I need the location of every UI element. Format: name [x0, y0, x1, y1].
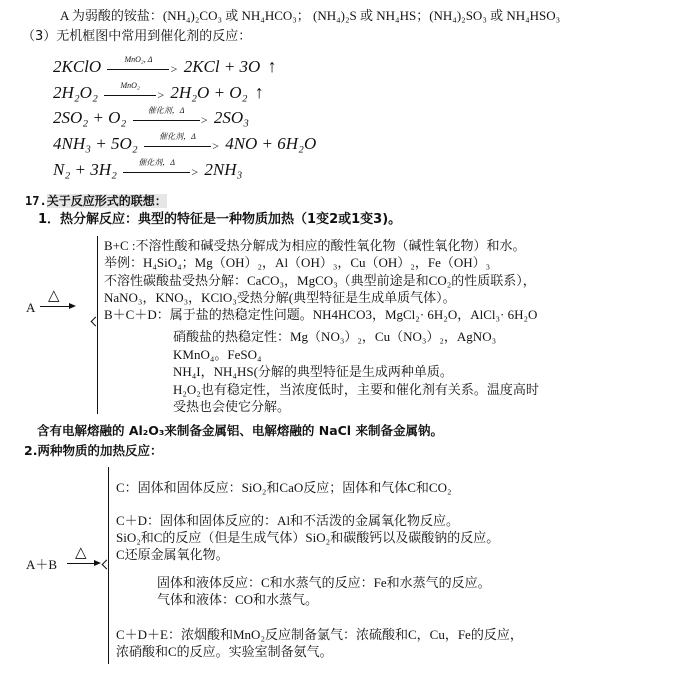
decomp-source-label: A — [26, 300, 35, 316]
two-substance-cd-3: C还原金属氧化物。 — [116, 547, 229, 563]
decomp-line-3: 不溶性碳酸盐受热分解：CaCO₃，MgCO₃（典型前途是和CO₂的性质联系）， — [104, 273, 536, 289]
decomp-indent-1: 硝酸盐的热稳定性：Mg（NO₃）₂，Cu（NO₃）₂，AgNO₃ — [173, 329, 496, 345]
equation-kclo3: 2KClO MnO₂, Δ > 2KCl + 3O ↑ — [53, 56, 277, 77]
reaction-condition: MnO₂, Δ — [107, 55, 169, 64]
two-substance-indent-2: 气体和液体：CO和水蒸气。 — [157, 592, 318, 608]
two-substance-source-label: A＋B — [26, 557, 57, 573]
equation-right: 4NO + 6H₂O — [225, 134, 316, 153]
equation-nh3-oxidation: 4NH₃ + 5O₂ 催化剂，Δ > 4NO + 6H₂O — [53, 134, 316, 154]
two-substance-indent-1: 固体和液体反应：C和水蒸气的反应：Fe和水蒸气的反应。 — [157, 575, 491, 591]
gas-arrow-icon: ↑ — [255, 82, 264, 102]
decomp-indent-3: NH₄I，NH₄HS(分解的典型特征是生成两种单质。 — [173, 364, 453, 380]
reaction-condition: MnO₂ — [104, 81, 156, 90]
section-number: 17. — [25, 194, 47, 208]
two-substance-cde-2: 浓硝酸和C的反应。实验室制备氨气。 — [116, 644, 333, 660]
equation-right: 2SO₃ — [214, 108, 249, 127]
equation-right: 2KCl + 3O — [184, 57, 261, 76]
heat-arrow: △ — [67, 546, 101, 560]
equation-so2: 2SO₂ + O₂ 催化剂，Δ > 2SO₃ — [53, 108, 249, 128]
two-substance-cde-1: C＋D＋E：浓烟酸和MnO₂反应制备氯气：浓硫酸和C，Cu，Fe的反应， — [116, 627, 523, 643]
reaction-arrow: 催化剂，Δ > — [133, 112, 208, 126]
heat-arrow: △ — [40, 289, 76, 303]
equation-left: N₂ + 3H₂ — [53, 160, 117, 179]
equation-h2o2: 2H₂O₂ MnO₂ > 2H₂O + O₂ ↑ — [53, 82, 264, 103]
brace-point — [102, 560, 112, 570]
decomp-line-4: NaNO₃，KNO₃，KClO₃受热分解(典型特征是生成单质气体）。 — [104, 290, 456, 306]
reaction-arrow: 催化剂，Δ > — [144, 138, 219, 152]
reaction-condition: 催化剂，Δ — [133, 106, 200, 115]
equation-right: 2NH₃ — [204, 160, 242, 179]
equation-haber: N₂ + 3H₂ 催化剂，Δ > 2NH₃ — [53, 160, 242, 180]
thermal-decomposition-heading: 1．热分解反应：典型的特征是一种物质加热（1变2或1变3)。 — [38, 212, 401, 228]
two-substance-line-c: C：固体和固体反应：SiO₂和CaO反应；固体和气体C和CO₂ — [116, 480, 452, 496]
reaction-arrow: 催化剂，Δ > — [123, 164, 198, 178]
section-title: 关于反应形式的联想： — [47, 194, 167, 208]
electrolysis-note: 含有电解熔融的 Al₂O₃来制备金属铝、电解熔融的 NaCl 来制备金属钠。 — [37, 423, 443, 439]
decomp-line-2: 举例：H₄SiO₄；Mg（OH）₂，Al（OH）₃，Cu（OH）₂，Fe（OH）… — [104, 255, 490, 271]
equation-left: 2KClO — [53, 57, 101, 76]
delta-heat-icon: △ — [48, 289, 60, 304]
reaction-arrow: MnO₂, Δ > — [107, 61, 177, 75]
decomp-indent-2: KMnO₄。FeSO₄ — [173, 347, 262, 363]
reaction-arrow: MnO₂ > — [104, 87, 164, 101]
decomp-line-1: B+C :不溶性酸和碱受热分解成为相应的酸性氧化物（碱性氧化物）和水。 — [104, 238, 526, 254]
equation-left: 2SO₂ + O₂ — [53, 108, 126, 127]
left-brace — [97, 236, 98, 414]
gas-arrow-icon: ↑ — [268, 56, 277, 76]
delta-heat-icon: △ — [75, 546, 87, 561]
equation-right: 2H₂O + O₂ — [170, 83, 247, 102]
section-17-heading: 17.关于反应形式的联想： — [25, 193, 167, 209]
two-substance-cd-1: C＋D：固体和固体反应的：Al和不活泼的金属氧化物反应。 — [116, 513, 459, 529]
equation-left: 2H₂O₂ — [53, 83, 98, 102]
brace-point — [91, 317, 101, 327]
section-2-heading: 2.两种物质的加热反应： — [24, 443, 162, 459]
decomp-line-5: B＋C＋D：属于盐的热稳定性问题。NH4HCO3，MgCl₂· 6H₂O，AlC… — [104, 307, 537, 323]
decomp-indent-4: H₂O₂也有稳定性，当浓度低时，主要和催化剂有关系。温度高时 — [173, 382, 539, 398]
section-3-title: （3）无机框图中常用到催化剂的反应： — [22, 29, 251, 45]
two-substance-cd-2: SiO₂和C的反应（但是生成气体）SiO₂和碳酸钙以及碳酸钠的反应。 — [116, 530, 499, 546]
reaction-condition: 催化剂，Δ — [144, 132, 211, 141]
equation-left: 4NH₃ + 5O₂ — [53, 134, 138, 153]
reaction-condition: 催化剂，Δ — [123, 158, 190, 167]
weak-acid-ammonium-salts-line: A 为弱酸的铵盐：(NH₄)₂CO₃ 或 NH₄HCO₃； (NH₄)₂S 或 … — [60, 8, 560, 24]
decomp-indent-5: 受热也会使它分解。 — [173, 399, 290, 415]
